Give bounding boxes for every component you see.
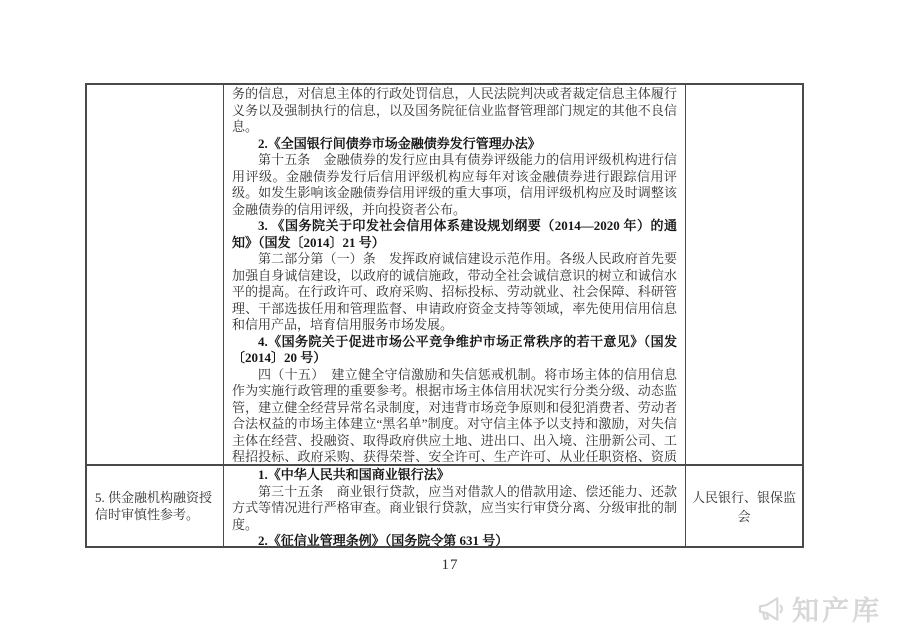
item-cell: 5. 供金融机构融资授信时审慎性参考。 xyxy=(87,466,223,546)
item-cell-empty xyxy=(87,85,223,464)
paragraph: 四（十五） 建立健全守信激励和失信惩戒机制。将市场主体的信用信息作为实施行政管理… xyxy=(232,367,677,465)
regulation-heading: 2.《征信业管理条例》（国务院令第 631 号） xyxy=(232,533,677,546)
table-row: 5. 供金融机构融资授信时审慎性参考。 1.《中华人民共和国商业银行法》 第三十… xyxy=(87,464,802,546)
paragraph: 务的信息，对信息主体的行政处罚信息，人民法院判决或者裁定信息主体履行义务以及强制… xyxy=(232,86,677,136)
regulation-heading: 4.《国务院关于促进市场公平竞争维护市场正常秩序的若干意见》（国发〔2014〕2… xyxy=(232,334,677,367)
paragraph: 第十五条 金融债券的发行应由具有债券评级能力的信用评级机构进行信用评级。金融债券… xyxy=(232,152,677,218)
authority-text: 人民银行、银保监会 xyxy=(690,487,798,525)
regulation-heading: 2.《全国银行间债券市场金融债券发行管理办法》 xyxy=(232,136,677,153)
legal-basis-cell: 务的信息，对信息主体的行政处罚信息，人民法院判决或者裁定信息主体履行义务以及强制… xyxy=(223,85,685,464)
regulation-heading: 3. 《国务院关于印发社会信用体系建设规划纲要（2014—2020 年）的通知》… xyxy=(232,218,677,251)
authority-cell-empty xyxy=(685,85,802,464)
item-text: 5. 供金融机构融资授信时审慎性参考。 xyxy=(95,489,215,523)
watermark: 知产库 xyxy=(755,589,882,628)
page-number: 17 xyxy=(0,557,900,574)
authority-cell: 人民银行、银保监会 xyxy=(685,466,802,546)
paragraph: 第二部分第（一）条 发挥政府诚信建设示范作用。各级人民政府首先要加强自身诚信建设… xyxy=(232,251,677,334)
regulation-heading: 1.《中华人民共和国商业银行法》 xyxy=(232,467,677,484)
reference-table: 务的信息，对信息主体的行政处罚信息，人民法院判决或者裁定信息主体履行义务以及强制… xyxy=(85,83,804,548)
megaphone-icon xyxy=(755,593,789,625)
table-row: 务的信息，对信息主体的行政处罚信息，人民法院判决或者裁定信息主体履行义务以及强制… xyxy=(87,85,802,464)
paragraph: 第三十五条 商业银行贷款，应当对借款人的借款用途、偿还能力、还款方式等情况进行严… xyxy=(232,484,677,534)
watermark-text: 知产库 xyxy=(792,589,882,628)
document-page: 务的信息，对信息主体的行政处罚信息，人民法院判决或者裁定信息主体履行义务以及强制… xyxy=(0,0,900,636)
legal-basis-cell: 1.《中华人民共和国商业银行法》 第三十五条 商业银行贷款，应当对借款人的借款用… xyxy=(223,466,685,546)
